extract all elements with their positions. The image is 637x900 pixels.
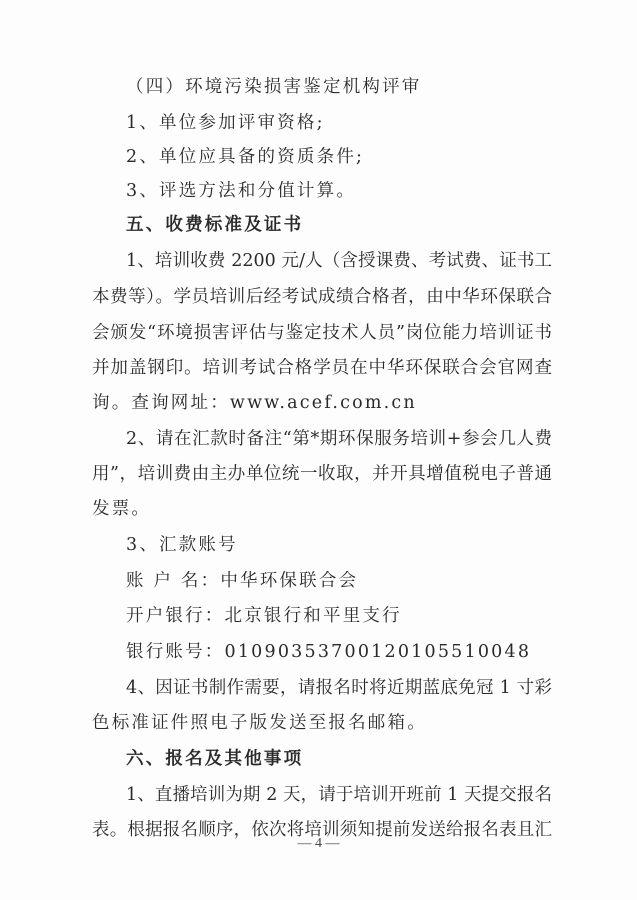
paragraph-line: 发票。 [92, 498, 552, 520]
list-item: 2、单位应具备的资质条件; [126, 146, 586, 168]
section-heading-fees: 五、收费标准及证书 [126, 214, 586, 236]
paragraph-line: 4、因证书制作需要，请报名时将近期蓝底免冠 1 寸彩 [126, 677, 552, 699]
paragraph-line: 色标准证件照电子版发送至报名邮箱。 [92, 712, 552, 734]
list-item: 3、评选方法和分值计算。 [126, 180, 586, 202]
paragraph-line: 1、培训收费 2200 元/人（含授课费、考试费、证书工 [126, 250, 552, 272]
paragraph-line: 会颁发“环境损害评估与鉴定技术人员”岗位能力培训证书 [92, 322, 552, 344]
query-url-line: 询。查询网址：www.acef.com.cn [92, 392, 552, 414]
paragraph-line: 并加盖钢印。培训考试合格学员在中华环保联合会官网查 [92, 357, 552, 379]
section-heading-registration: 六、报名及其他事项 [126, 748, 586, 770]
paragraph-line: 本费等）。学员培训后经考试成绩合格者，由中华环保联合 [92, 286, 552, 308]
remittance-heading: 3、汇款账号 [126, 534, 586, 556]
page-number: — 4 — [0, 836, 637, 852]
document-page: （四）环境污染损害鉴定机构评审 1、单位参加评审资格; 2、单位应具备的资质条件… [0, 0, 637, 900]
account-name: 账 户 名：中华环保联合会 [126, 570, 586, 592]
list-item: 1、单位参加评审资格; [126, 112, 586, 134]
paragraph-line: 用”，培训费由主办单位统一收取，并开具增值税电子普通 [92, 463, 552, 485]
paragraph-line: 1、直播培训为期 2 天，请于培训开班前 1 天提交报名 [126, 784, 552, 806]
section-heading-4: （四）环境污染损害鉴定机构评审 [126, 76, 586, 98]
account-number: 银行账号：01090353700120105510048 [126, 641, 586, 663]
bank-name: 开户银行：北京银行和平里支行 [126, 605, 586, 627]
paragraph-line: 2、请在汇款时备注“第*期环保服务培训+参会几人费 [126, 428, 552, 450]
